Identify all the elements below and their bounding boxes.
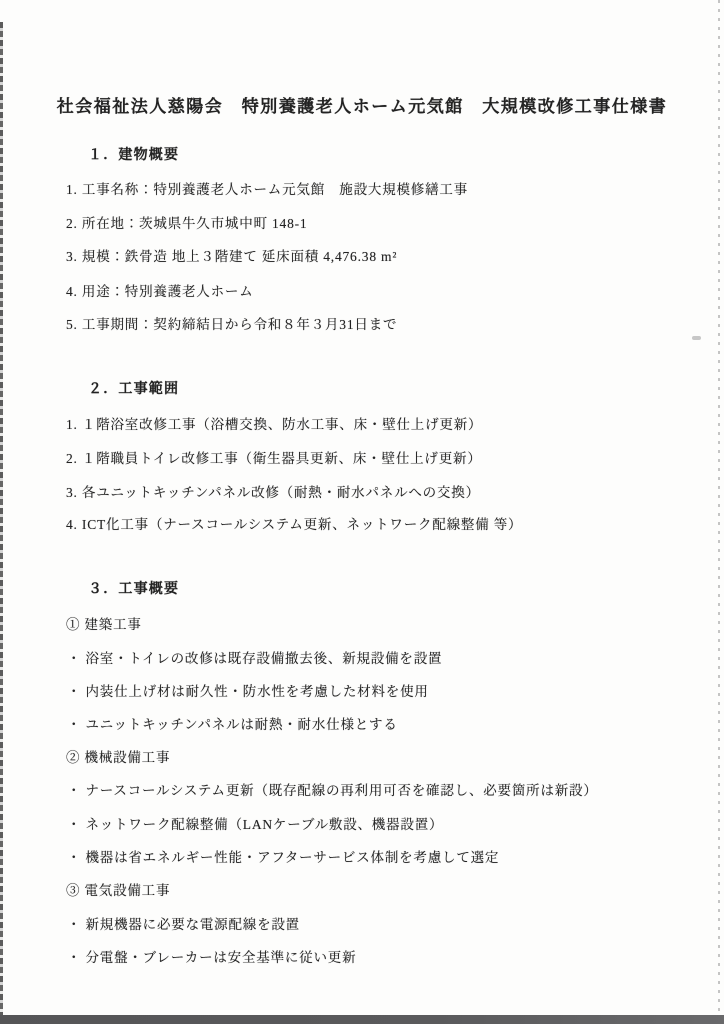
spec-line: ・ ネットワーク配線整備（LANケーブル敷設、機器設置） <box>67 815 443 835</box>
spec-line: 2. 所在地：茨城県牛久市城中町 148-1 <box>66 214 307 234</box>
scan-artifact-bottom-bar <box>0 1015 724 1024</box>
spec-line: ・ 浴室・トイレの改修は既存設備撤去後、新規設備を設置 <box>67 649 442 669</box>
subsection-heading: ① 建築工事 <box>66 615 142 635</box>
scan-artifact-smudge <box>692 336 701 340</box>
spec-line: ・ 新規機器に必要な電源配線を設置 <box>67 915 300 935</box>
document-content: 社会福祉法人慈陽会 特別養護老人ホーム元気館 大規模改修工事仕様書 １．建物概要… <box>0 0 724 1024</box>
scan-artifact-left-edge <box>0 22 3 1024</box>
spec-line: 4. ICT化工事（ナースコールシステム更新、ネットワーク配線整備 等） <box>66 515 522 535</box>
spec-line: 5. 工事期間：契約締結日から令和８年３月31日まで <box>66 315 397 335</box>
spec-line: ・ 機器は省エネルギー性能・アフターサービス体制を考慮して選定 <box>67 848 499 868</box>
spec-line: ・ ユニットキッチンパネルは耐熱・耐水仕様とする <box>67 715 398 735</box>
subsection-heading: ③ 電気設備工事 <box>66 881 170 901</box>
spec-line: 3. 各ユニットキッチンパネル改修（耐熱・耐水パネルへの交換） <box>66 483 480 503</box>
scan-artifact-right-edge <box>718 0 720 1014</box>
section-heading: １．建物概要 <box>88 146 179 166</box>
doc-title: 社会福祉法人慈陽会 特別養護老人ホーム元気館 大規模改修工事仕様書 <box>0 97 724 117</box>
subsection-heading: ② 機械設備工事 <box>66 748 170 768</box>
spec-line: ・ 内装仕上げ材は耐久性・防水性を考慮した材料を使用 <box>67 682 429 702</box>
spec-line: 3. 規模：鉄骨造 地上３階建て 延床面積 4,476.38 m² <box>66 247 397 267</box>
spec-line: 1. 工事名称：特別養護老人ホーム元気館 施設大規模修繕工事 <box>66 180 468 200</box>
spec-line: 2. １階職員トイレ改修工事（衛生器具更新、床・壁仕上げ更新） <box>66 449 482 469</box>
section-heading: ２．工事範囲 <box>88 380 179 400</box>
spec-line: 4. 用途：特別養護老人ホーム <box>66 282 254 302</box>
scanned-document-page: 社会福祉法人慈陽会 特別養護老人ホーム元気館 大規模改修工事仕様書 １．建物概要… <box>0 0 724 1024</box>
spec-line: ・ 分電盤・ブレーカーは安全基準に従い更新 <box>67 948 356 968</box>
spec-line: ・ ナースコールシステム更新（既存配線の再利用可否を確認し、必要箇所は新設） <box>67 781 598 801</box>
section-heading: ３．工事概要 <box>88 580 179 600</box>
spec-line: 1. １階浴室改修工事（浴槽交換、防水工事、床・壁仕上げ更新） <box>66 415 482 435</box>
